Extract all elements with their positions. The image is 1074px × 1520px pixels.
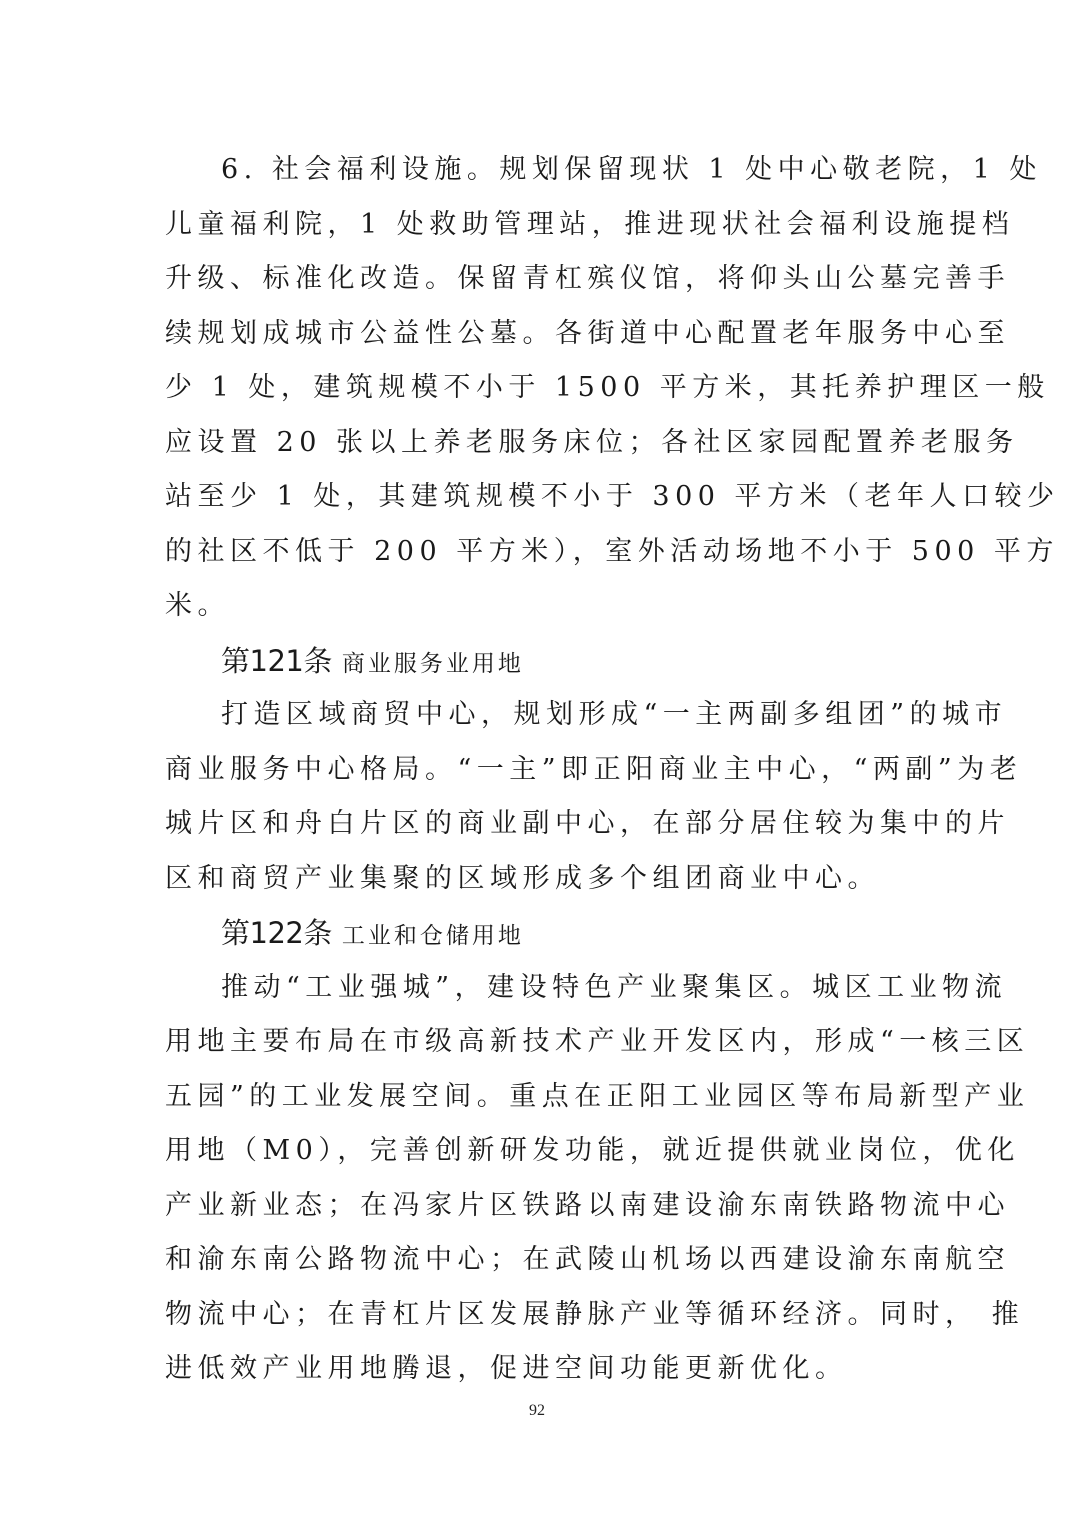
article-title: 商业服务业用地 bbox=[342, 651, 524, 677]
page-number: 92 bbox=[0, 1402, 1074, 1420]
text-line: 进低效产业用地腾退，促进空间功能更新优化。 bbox=[165, 1342, 910, 1397]
text-line: 打造区域商贸中心，规划形成“一主两副多组团”的城市 bbox=[165, 688, 910, 743]
text-line: 用地（M0），完善创新研发功能，就近提供就业岗位，优化 bbox=[165, 1124, 910, 1179]
text-line: 五园”的工业发展空间。重点在正阳工业园区等布局新型产业 bbox=[165, 1070, 910, 1125]
text-line: 6. 社会福利设施。规划保留现状 1 处中心敬老院，1 处 bbox=[165, 143, 910, 198]
page-body: 6. 社会福利设施。规划保留现状 1 处中心敬老院，1 处 儿童福利院，1 处救… bbox=[165, 143, 910, 1397]
text-line: 续规划成城市公益性公墓。各街道中心配置老年服务中心至 bbox=[165, 307, 910, 362]
text-line: 站至少 1 处，其建筑规模不小于 300 平方米（老年人口较少 bbox=[165, 470, 910, 525]
text-line: 米。 bbox=[165, 579, 910, 634]
text-line: 少 1 处，建筑规模不小于 1500 平方米，其托养护理区一般 bbox=[165, 361, 910, 416]
text-line: 儿童福利院，1 处救助管理站，推进现状社会福利设施提档 bbox=[165, 198, 910, 253]
article-122-heading: 第122条工业和仓储用地 bbox=[165, 906, 910, 961]
text-line: 商业服务中心格局。“一主”即正阳商业主中心，“两副”为老 bbox=[165, 743, 910, 798]
text-line: 城片区和舟白片区的商业副中心，在部分居住较为集中的片 bbox=[165, 797, 910, 852]
text-line: 区和商贸产业集聚的区域形成多个组团商业中心。 bbox=[165, 852, 910, 907]
paragraph-commercial-land: 打造区域商贸中心，规划形成“一主两副多组团”的城市 商业服务中心格局。“一主”即… bbox=[165, 688, 910, 906]
document-page: 6. 社会福利设施。规划保留现状 1 处中心敬老院，1 处 儿童福利院，1 处救… bbox=[0, 0, 1074, 1520]
text-line: 的社区不低于 200 平方米），室外活动场地不小于 500 平方 bbox=[165, 525, 910, 580]
text-line: 应设置 20 张以上养老服务床位；各社区家园配置养老服务 bbox=[165, 416, 910, 471]
text-line: 推动“工业强城”，建设特色产业聚集区。城区工业物流 bbox=[165, 961, 910, 1016]
article-number: 第121条 bbox=[221, 644, 332, 678]
article-title: 工业和仓储用地 bbox=[342, 923, 524, 949]
article-number: 第122条 bbox=[221, 916, 332, 950]
text-line: 和渝东南公路物流中心；在武陵山机场以西建设渝东南航空 bbox=[165, 1233, 910, 1288]
paragraph-social-welfare: 6. 社会福利设施。规划保留现状 1 处中心敬老院，1 处 儿童福利院，1 处救… bbox=[165, 143, 910, 634]
text-line: 用地主要布局在市级高新技术产业开发区内，形成“一核三区 bbox=[165, 1015, 910, 1070]
text-line: 物流中心；在青杠片区发展静脉产业等循环经济。同时， 推 bbox=[165, 1288, 910, 1343]
text-line: 产业新业态；在冯家片区铁路以南建设渝东南铁路物流中心 bbox=[165, 1179, 910, 1234]
paragraph-industrial-land: 推动“工业强城”，建设特色产业聚集区。城区工业物流 用地主要布局在市级高新技术产… bbox=[165, 961, 910, 1397]
text-line: 升级、标准化改造。保留青杠殡仪馆，将仰头山公墓完善手 bbox=[165, 252, 910, 307]
article-121-heading: 第121条商业服务业用地 bbox=[165, 634, 910, 689]
